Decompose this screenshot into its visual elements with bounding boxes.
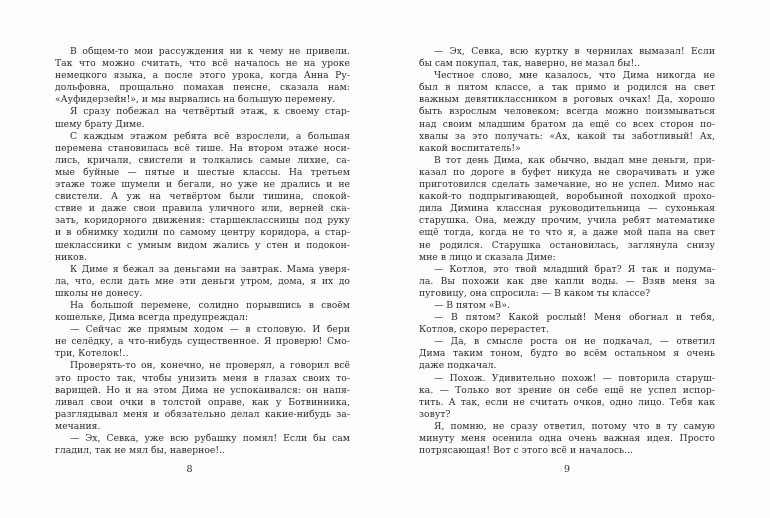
- text-line: Дима таким тоном, будто во всём остально…: [419, 348, 715, 360]
- page-left: В общем-то мои рассуждения ни к чему не …: [55, 0, 350, 518]
- text-line: гладил, так не мял бы, наверное!..: [55, 445, 350, 457]
- text-line: школы не донесу.: [55, 288, 350, 300]
- book-spread: В общем-то мои рассуждения ни к чему не …: [0, 0, 770, 518]
- page-number-left: 8: [42, 464, 337, 475]
- text-line: варищей. Но и на этом Дима не успокаивал…: [55, 385, 350, 397]
- text-line: бы сам покупал, так, наверно, не мазал б…: [419, 58, 715, 70]
- text-line: ка. — Только вот зрение он себе ещё не у…: [419, 385, 715, 397]
- text-line: — Похож. Удивительно похож! — повторила …: [419, 373, 715, 385]
- text-line: кошельке, Дима всегда предупреждал:: [55, 312, 350, 324]
- text-line: «Ауфидерзейн!», и мы вырвались на большу…: [55, 94, 350, 106]
- text-line: На большой перемене, солидно порывшись в…: [55, 300, 350, 312]
- text-line: потрясающая! Вот с этого всё и началось.…: [419, 445, 715, 457]
- text-line: Честное слово, мне казалось, что Дима ни…: [419, 70, 715, 82]
- text-line: С каждым этажом ребята всё взрослели, а …: [55, 131, 350, 143]
- text-line: какой-то подпрыгивающей, воробьиной похо…: [419, 191, 715, 203]
- text-line: В общем-то мои рассуждения ни к чему не …: [55, 46, 350, 58]
- text-line: шему брату Диме.: [55, 119, 350, 131]
- text-line: В тот день Дима, как обычно, выдал мне д…: [419, 155, 715, 167]
- text-line: важным девятиклассником в роговых очках!…: [419, 94, 715, 106]
- text-line: ников.: [55, 252, 350, 264]
- text-line: казал по дороге в буфет никуда не сворач…: [419, 167, 715, 179]
- text-line: Котлов, скоро перерастет.: [419, 324, 715, 336]
- text-line: — Котлов, это твой младший брат? Я так и…: [419, 264, 715, 276]
- text-line: — В пятом? Какой рослый! Меня обогнал и …: [419, 312, 715, 324]
- text-line: Я сразу побежал на четвёртый этаж, к сво…: [55, 106, 350, 118]
- text-line: ствие и даже свои правила уличного или, …: [55, 203, 350, 215]
- text-line: — Да, в смысле роста он не подкачал, — о…: [419, 336, 715, 348]
- text-line: хвалы за это получать: «Ах, какой ты заб…: [419, 131, 715, 143]
- text-line: над своим младшим братом да ещё со всех …: [419, 119, 715, 131]
- text-line: был в пятом классе, а так прямо и родилс…: [419, 82, 715, 94]
- text-line: даже подкачал.: [419, 360, 715, 372]
- text-line: дольфовна, прощально помахав пенсне, ска…: [55, 82, 350, 94]
- text-line: перемена становилась всё тише. На втором…: [55, 143, 350, 155]
- text-line: свистели. А уж на четвёртом были тишина,…: [55, 191, 350, 203]
- text-line: какой воспитатель!»: [419, 143, 715, 155]
- text-line: — Эх, Севка, всю куртку в чернилах вымаз…: [419, 46, 715, 58]
- text-line: немецкого языка, а после этого урока, ко…: [55, 70, 350, 82]
- page-right-text-column: — Эх, Севка, всю куртку в чернилах вымаз…: [419, 46, 715, 457]
- page-right: — Эх, Севка, всю куртку в чернилах вымаз…: [419, 0, 715, 518]
- text-line: К Диме я бежал за деньгами на завтрак. М…: [55, 264, 350, 276]
- text-line: быть взрослым человеком: всегда можно по…: [419, 106, 715, 118]
- text-line: этаже тоже шумели и бегали, но уже не др…: [55, 179, 350, 191]
- text-line: разглядывал меня и обязательно делал как…: [55, 409, 350, 421]
- text-line: ливал свои очки в толстой оправе, как у …: [55, 397, 350, 409]
- text-line: дила Димина классная руководительница — …: [419, 203, 715, 215]
- text-line: ла, что, если дать мне эти деньги утром,…: [55, 276, 350, 288]
- text-line: не родился. Старушка остановилась, загля…: [419, 240, 715, 252]
- text-line: зовут?: [419, 409, 715, 421]
- text-line: — В пятом «В».: [419, 300, 715, 312]
- text-line: шеклассники с умным видом жались у стен …: [55, 240, 350, 252]
- text-line: мечания.: [55, 421, 350, 433]
- text-line: и в обнимку ходили по самому центру кори…: [55, 227, 350, 239]
- text-line: старушка. Она, между прочим, учила ребят…: [419, 215, 715, 227]
- text-line: не селёдку, а что-нибудь существенное. Я…: [55, 336, 350, 348]
- text-line: мне в лицо и сказала Диме:: [419, 252, 715, 264]
- text-line: зать, коридорного движения: старшеклассн…: [55, 215, 350, 227]
- text-line: Я, помню, не сразу ответил, потому что в…: [419, 421, 715, 433]
- text-line: это просто так, чтобы унизить меня в гла…: [55, 373, 350, 385]
- text-line: тить. А так, если не считать очков, одно…: [419, 397, 715, 409]
- text-line: минуту меня осенила одна очень важная ид…: [419, 433, 715, 445]
- text-line: — Сейчас же прямым ходом — в столовую. И…: [55, 324, 350, 336]
- page-number-right: 9: [419, 464, 715, 475]
- text-line: ла. Вы похожи как две капли воды. — Взяв…: [419, 276, 715, 288]
- text-line: мые буйные — пятые и шестые классы. На т…: [55, 167, 350, 179]
- text-line: приготовился сделать замечание, но не ус…: [419, 179, 715, 191]
- text-line: пуговицу, она спросила: — В каком ты кла…: [419, 288, 715, 300]
- text-line: ещё тогда, когда не то что я, а даже мой…: [419, 227, 715, 239]
- text-line: три, Котелок!..: [55, 348, 350, 360]
- text-line: Так что можно считать, что всё началось …: [55, 58, 350, 70]
- page-left-text-column: В общем-то мои рассуждения ни к чему не …: [55, 46, 350, 457]
- text-line: Проверять-то он, конечно, не проверял, а…: [55, 360, 350, 372]
- text-line: — Эх, Севка, уже всю рубашку помял! Если…: [55, 433, 350, 445]
- text-line: лись, кричали, свистели и толкались самы…: [55, 155, 350, 167]
